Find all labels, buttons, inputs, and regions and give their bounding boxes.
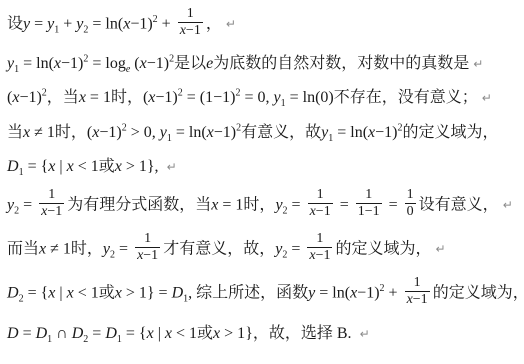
paragraph-mark-icon: ↵	[360, 327, 370, 341]
fraction-denominator: x−1	[178, 22, 203, 39]
math-variable: y	[274, 89, 281, 106]
fraction: 11−1	[356, 187, 382, 220]
math-roman: = ln(	[88, 15, 123, 32]
math-roman: |	[55, 158, 66, 175]
math-roman: = 1	[218, 196, 243, 213]
math-roman: = ln(0)	[286, 89, 334, 106]
paragraph-mark-icon: ↵	[503, 198, 513, 212]
text-run: 时，	[243, 196, 275, 213]
math-roman: =	[336, 196, 353, 213]
fraction: 1x−1	[308, 187, 333, 220]
math-variable: y	[103, 240, 110, 257]
math-variable: D	[7, 158, 19, 175]
math-roman: = 0,	[240, 89, 273, 106]
fraction-numerator: 1	[405, 275, 430, 291]
math-roman: = {	[122, 325, 147, 342]
math-roman: 1	[317, 187, 324, 202]
math-roman: = ln(	[19, 55, 54, 72]
math-variable: x	[67, 285, 74, 302]
math-roman: (	[130, 55, 139, 72]
text-run: 的定义域为，	[335, 240, 431, 257]
math-variable: y	[160, 124, 167, 141]
paragraph-mark-icon: ↵	[473, 57, 483, 71]
math-roman: < 1	[74, 285, 99, 302]
math-variable: x	[115, 158, 122, 175]
math-roman: +	[158, 15, 175, 32]
math-variable: D	[105, 325, 117, 342]
document-page: 设y = y1 + y2 = ln(x−1)2 + 1x−1，↵y1 = ln(…	[0, 0, 524, 364]
fraction-denominator: 0	[405, 203, 416, 220]
math-roman: −1)	[155, 89, 177, 106]
paragraph-mark-icon: ↵	[482, 91, 492, 105]
paragraph-mark-icon: ↵	[167, 160, 177, 174]
fraction-numerator: 1	[308, 187, 333, 203]
math-roman: }	[245, 325, 253, 342]
math-roman: 1	[48, 187, 55, 202]
text-run: 的定义域为，	[403, 124, 499, 141]
math-roman: = (1−1)	[183, 89, 236, 106]
math-roman: > 1	[122, 158, 147, 175]
math-roman: +	[385, 285, 402, 302]
math-roman: =	[19, 196, 36, 213]
math-variable: D	[7, 285, 19, 302]
text-run: 的定义域为，	[433, 285, 524, 302]
math-roman: −1	[316, 204, 331, 219]
math-roman: ∩	[52, 325, 72, 342]
math-roman: = ln(	[172, 124, 207, 141]
fraction-numerator: 1	[135, 231, 160, 247]
math-variable: x	[115, 285, 122, 302]
math-line-9: D = D1 ∩ D2 = D1 = {x | x < 1或x > 1}，故，选…	[7, 322, 520, 345]
math-roman: −1	[47, 204, 62, 219]
math-variable: x	[140, 55, 147, 72]
text-run: 综上所述，函数	[196, 285, 308, 302]
math-roman: < 1	[172, 325, 197, 342]
math-roman: = ln(	[315, 285, 350, 302]
text-run: 当	[7, 124, 23, 141]
math-line-8: D2 = {x | x < 1或x > 1} = D1, 综上所述，函数y = …	[7, 277, 520, 310]
math-line-2: y1 = ln(x−1)2 = loge (x−1)2是以e为底数的自然对数，对…	[7, 52, 520, 75]
fraction-numerator: 1	[405, 187, 416, 203]
fraction: 1x−1	[39, 187, 64, 220]
text-run: ，	[206, 15, 222, 32]
fraction-numerator: 1	[178, 6, 203, 22]
math-roman: −1	[316, 248, 331, 263]
math-roman: −1)	[130, 15, 152, 32]
math-roman: =	[30, 15, 47, 32]
math-roman: −1)	[99, 124, 121, 141]
fraction: 10	[405, 187, 416, 220]
text-run: 时，	[111, 89, 143, 106]
math-roman: > 0,	[127, 124, 160, 141]
math-roman: =	[88, 325, 105, 342]
math-roman: −1)	[61, 55, 83, 72]
math-roman: 1	[144, 231, 151, 246]
text-run: 是以	[174, 55, 206, 72]
math-roman: =	[19, 325, 36, 342]
math-roman: −1)	[19, 89, 41, 106]
math-line-4: 当x ≠ 1时，(x−1)2 > 0, y1 = ln(x−1)2有意义，故y1…	[7, 121, 520, 144]
math-line-5: D1 = {x | x < 1或x > 1}, ↵	[7, 155, 520, 178]
math-roman: 0	[407, 204, 414, 219]
math-roman: −1	[143, 248, 158, 263]
text-run: 为有理分式函数，当	[67, 196, 211, 213]
math-roman: > 1	[122, 285, 147, 302]
math-roman: = log	[88, 55, 125, 72]
text-run: 不存在，没有意义；	[334, 89, 478, 106]
text-run: 才有意义，故，	[163, 240, 275, 257]
math-line-3: (x−1)2，当x = 1时，(x−1)2 = (1−1)2 = 0, y1 =…	[7, 86, 520, 109]
fraction: 1x−1	[405, 275, 430, 308]
fraction-denominator: x−1	[39, 203, 64, 220]
math-roman: =	[385, 196, 402, 213]
math-roman: −1	[186, 23, 201, 38]
math-roman: +	[59, 15, 76, 32]
math-roman: =	[287, 240, 304, 257]
math-roman: ≠ 1	[30, 124, 55, 141]
text-run: 有意义，故	[241, 124, 321, 141]
math-roman: =	[115, 240, 132, 257]
math-roman: 1	[316, 231, 323, 246]
text-run: 或	[197, 325, 213, 342]
math-roman: 1	[414, 275, 421, 290]
paragraph-mark-icon: ↵	[226, 17, 236, 31]
paragraph-mark-icon: ↵	[435, 242, 445, 256]
text-run: 设有意义，	[419, 196, 499, 213]
math-roman: −1)	[357, 285, 379, 302]
text-run: 时，	[55, 124, 87, 141]
math-variable: D	[72, 325, 84, 342]
math-roman: −1	[413, 292, 428, 307]
math-variable: D	[36, 325, 48, 342]
math-roman: 1	[365, 187, 372, 202]
fraction: 1x−1	[135, 231, 160, 264]
math-variable: x	[54, 55, 61, 72]
fraction-denominator: x−1	[405, 291, 430, 308]
math-variable: x	[207, 124, 214, 141]
math-roman: } =	[147, 285, 172, 302]
math-roman: ≠ 1	[46, 240, 71, 257]
math-roman: = 1	[86, 89, 111, 106]
math-variable: x	[79, 89, 86, 106]
text-run: 时，	[71, 240, 103, 257]
math-roman: },	[147, 158, 163, 175]
fraction-denominator: 1−1	[356, 203, 382, 220]
math-roman: 1−1	[358, 204, 380, 219]
fraction-denominator: x−1	[308, 203, 333, 220]
math-roman: =	[288, 196, 305, 213]
text-run: 为底数的自然对数，对数中的真数是	[213, 55, 469, 72]
math-roman: |	[154, 325, 165, 342]
math-line-6: y2 = 1x−1为有理分式函数，当x = 1时，y2 = 1x−1 = 11−…	[7, 189, 520, 222]
math-roman: |	[55, 285, 66, 302]
math-roman: −1)	[375, 124, 397, 141]
math-variable: x	[165, 325, 172, 342]
math-variable: D	[172, 285, 184, 302]
fraction-numerator: 1	[307, 231, 332, 247]
math-variable: x	[147, 325, 154, 342]
math-roman: ,	[188, 285, 196, 302]
math-variable: D	[7, 325, 19, 342]
math-line-7: 而当x ≠ 1时，y2 = 1x−1才有意义，故，y2 = 1x−1的定义域为，…	[7, 233, 520, 266]
text-run: 或	[99, 158, 115, 175]
math-roman: = {	[24, 285, 49, 302]
fraction-numerator: 1	[39, 187, 64, 203]
text-run: ，当	[47, 89, 79, 106]
fraction-numerator: 1	[356, 187, 382, 203]
math-variable: x	[67, 158, 74, 175]
fraction: 1x−1	[307, 231, 332, 264]
math-roman: −1)	[147, 55, 169, 72]
text-run: 而当	[7, 240, 39, 257]
math-roman: = {	[24, 158, 49, 175]
fraction-denominator: x−1	[307, 247, 332, 264]
text-run: ，故，选择 B.	[253, 325, 356, 342]
fraction: 1x−1	[178, 6, 203, 39]
math-roman: > 1	[220, 325, 245, 342]
math-roman: = ln(	[333, 124, 368, 141]
fraction-denominator: x−1	[135, 247, 160, 264]
math-roman: 1	[187, 6, 194, 21]
math-roman: 1	[407, 187, 414, 202]
math-roman: < 1	[74, 158, 99, 175]
text-run: 或	[99, 285, 115, 302]
text-run: 设	[7, 15, 23, 32]
math-roman: −1)	[214, 124, 236, 141]
math-line-1: 设y = y1 + y2 = ln(x−1)2 + 1x−1，↵	[7, 8, 520, 41]
math-variable: y	[275, 196, 282, 213]
